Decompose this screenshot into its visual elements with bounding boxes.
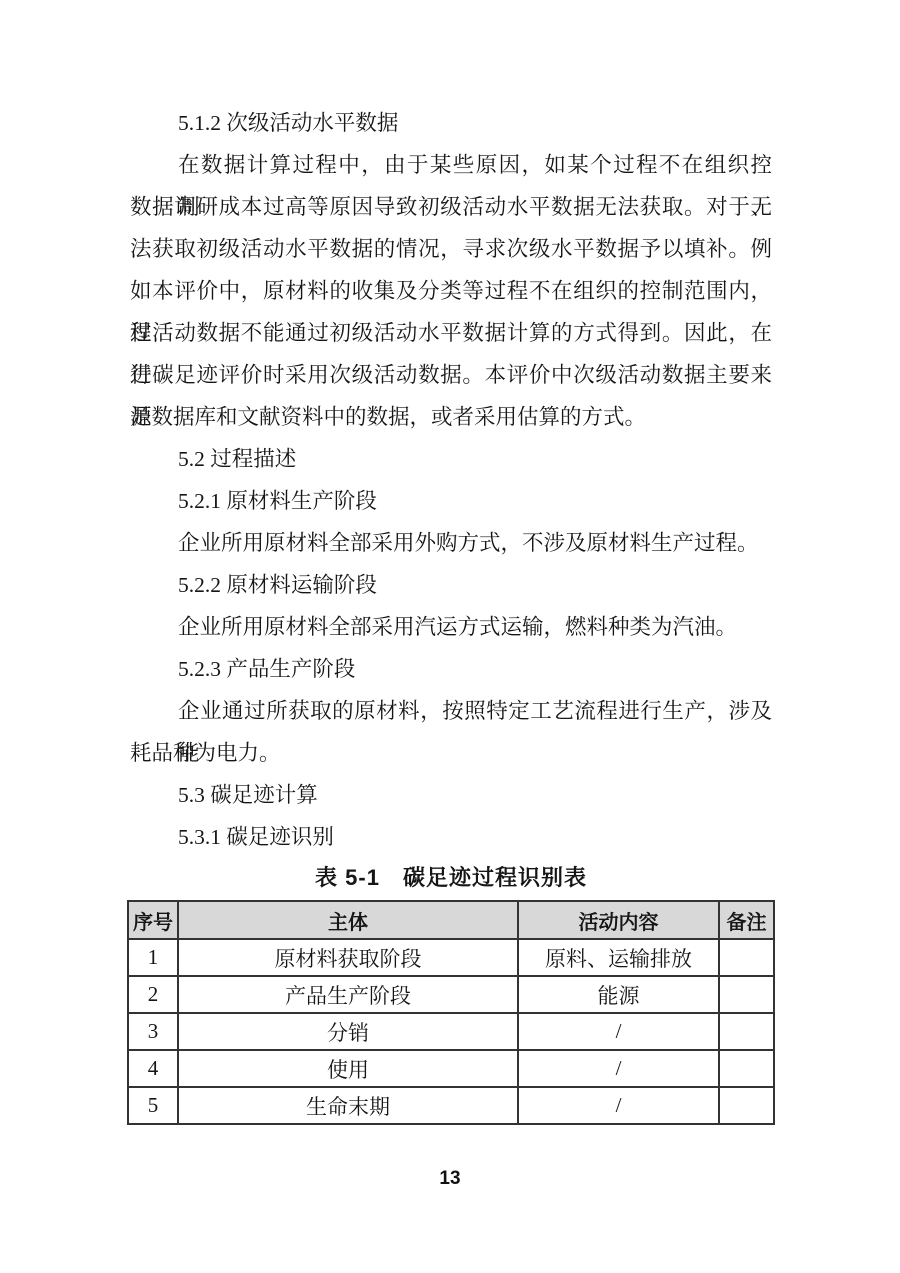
- paragraph-line: 企业通过所获取的原材料，按照特定工艺流程进行生产，涉及能: [130, 690, 772, 732]
- document-content: 5.1.2 次级活动水平数据 在数据计算过程中，由于某些原因，如某个过程不在组织…: [0, 0, 900, 1125]
- cell-seq: 5: [128, 1087, 178, 1124]
- section-heading-5-2: 5.2 过程描述: [130, 438, 772, 480]
- cell-activity: 原料、运输排放: [518, 939, 719, 976]
- document-page: 5.1.2 次级活动水平数据 在数据计算过程中，由于某些原因，如某个过程不在组织…: [0, 0, 900, 1273]
- page-number: 13: [0, 1168, 900, 1190]
- cell-seq: 3: [128, 1013, 178, 1050]
- cell-remarks: [719, 1087, 774, 1124]
- paragraph-line: 耗品种为电力。: [130, 732, 772, 774]
- cell-activity: /: [518, 1013, 719, 1050]
- table-row: 1 原材料获取阶段 原料、运输排放: [128, 939, 774, 976]
- paragraph-line: 程活动数据不能通过初级活动水平数据计算的方式得到。因此，在进: [130, 312, 772, 354]
- carbon-footprint-process-table: 序号 主体 活动内容 备注 1 原材料获取阶段 原料、运输排放 2 产品生产阶段…: [127, 900, 775, 1125]
- paragraph-line: 数据调研成本过高等原因导致初级活动水平数据无法获取。对于无: [130, 186, 772, 228]
- cell-seq: 2: [128, 976, 178, 1013]
- table-header-row: 序号 主体 活动内容 备注: [128, 901, 774, 939]
- cell-subject: 产品生产阶段: [178, 976, 518, 1013]
- paragraph-5-1-2: 在数据计算过程中，由于某些原因，如某个过程不在组织控制、 数据调研成本过高等原因…: [130, 144, 772, 438]
- paragraph-line: 法获取初级活动水平数据的情况，寻求次级水平数据予以填补。例: [130, 228, 772, 270]
- paragraph-line: 在数据计算过程中，由于某些原因，如某个过程不在组织控制、: [130, 144, 772, 186]
- paragraph-line: 如本评价中，原材料的收集及分类等过程不在组织的控制范围内，过: [130, 270, 772, 312]
- paragraph-line: 是数据库和文献资料中的数据，或者采用估算的方式。: [130, 396, 772, 438]
- table-header-subject: 主体: [178, 901, 518, 939]
- cell-subject: 使用: [178, 1050, 518, 1087]
- section-heading-5-2-1: 5.2.1 原材料生产阶段: [130, 480, 772, 522]
- section-heading-5-3-1: 5.3.1 碳足迹识别: [130, 816, 772, 858]
- table-header-remarks: 备注: [719, 901, 774, 939]
- cell-subject: 分销: [178, 1013, 518, 1050]
- table-row: 5 生命末期 /: [128, 1087, 774, 1124]
- cell-seq: 4: [128, 1050, 178, 1087]
- cell-remarks: [719, 1013, 774, 1050]
- cell-activity: /: [518, 1050, 719, 1087]
- cell-activity: /: [518, 1087, 719, 1124]
- cell-seq: 1: [128, 939, 178, 976]
- cell-remarks: [719, 1050, 774, 1087]
- table-header-activity: 活动内容: [518, 901, 719, 939]
- paragraph-5-2-2: 企业所用原材料全部采用汽运方式运输，燃料种类为汽油。: [130, 606, 772, 648]
- cell-remarks: [719, 939, 774, 976]
- cell-remarks: [719, 976, 774, 1013]
- cell-subject: 原材料获取阶段: [178, 939, 518, 976]
- section-heading-5-1-2: 5.1.2 次级活动水平数据: [130, 102, 772, 144]
- table-header-seq: 序号: [128, 901, 178, 939]
- table-row: 4 使用 /: [128, 1050, 774, 1087]
- cell-activity: 能源: [518, 976, 719, 1013]
- section-heading-5-3: 5.3 碳足迹计算: [130, 774, 772, 816]
- table-row: 3 分销 /: [128, 1013, 774, 1050]
- table-row: 2 产品生产阶段 能源: [128, 976, 774, 1013]
- section-heading-5-2-2: 5.2.2 原材料运输阶段: [130, 564, 772, 606]
- paragraph-line: 行碳足迹评价时采用次级活动数据。本评价中次级活动数据主要来源: [130, 354, 772, 396]
- paragraph-5-2-1: 企业所用原材料全部采用外购方式，不涉及原材料生产过程。: [130, 522, 772, 564]
- paragraph-5-2-3: 企业通过所获取的原材料，按照特定工艺流程进行生产，涉及能 耗品种为电力。: [130, 690, 772, 774]
- table-title: 表 5-1 碳足迹过程识别表: [130, 858, 772, 898]
- cell-subject: 生命末期: [178, 1087, 518, 1124]
- section-heading-5-2-3: 5.2.3 产品生产阶段: [130, 648, 772, 690]
